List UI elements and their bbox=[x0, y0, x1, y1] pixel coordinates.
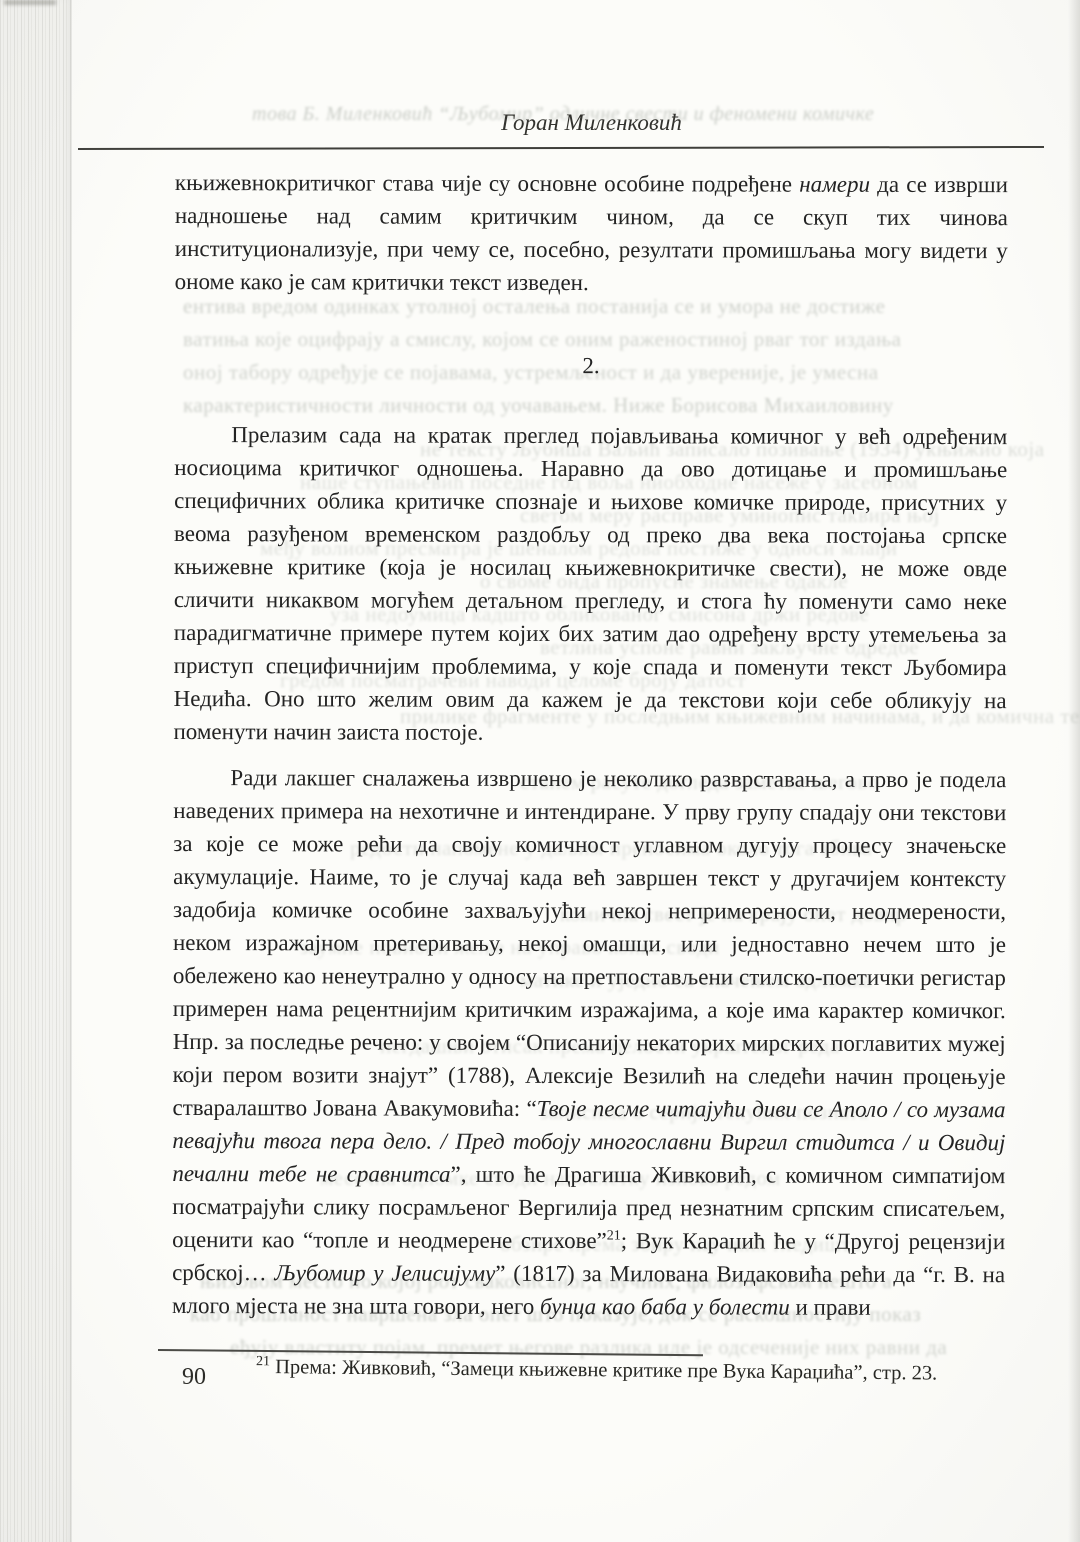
page-number: 90 bbox=[182, 1364, 206, 1391]
page-edge-shadow bbox=[1068, 0, 1080, 1542]
paragraph-1: књижевнокритичког става чије су основне … bbox=[175, 166, 1008, 300]
footnote: 21 Према: Живковић, “Замеци књижевне кри… bbox=[256, 1356, 976, 1386]
footnote-separator-rule bbox=[158, 1349, 703, 1356]
text-run: Љубомир у Јелисијуму bbox=[274, 1260, 495, 1286]
section-number: 2. bbox=[174, 348, 1007, 383]
paragraph-2: Прелазим сада на кратак преглед појављив… bbox=[173, 418, 1007, 750]
footnote-reference: 21 bbox=[607, 1228, 621, 1243]
text-run: намери bbox=[799, 172, 870, 197]
paragraph-3: Ради лакшег сналажења извршено је неколи… bbox=[172, 761, 1006, 1324]
page-body-text: књижевнокритичког става чије су основне … bbox=[172, 166, 1008, 1324]
text-run: Ради лакшег сналажења извршено је неколи… bbox=[173, 765, 1007, 1121]
text-run: и прави bbox=[790, 1295, 871, 1320]
text-run: бунца као баба у болести bbox=[540, 1294, 790, 1320]
running-header-author: Горан Миленковић bbox=[501, 110, 682, 135]
text-run: књижевнокритичког става чије су основне … bbox=[175, 170, 799, 197]
header-rule bbox=[78, 146, 1044, 150]
running-header: Горан Миленковић bbox=[175, 110, 1008, 136]
scanned-page: това Б. Миленковић “Љубомир” одличне све… bbox=[0, 0, 1080, 1542]
scan-smudge bbox=[4, 0, 56, 5]
footnote-text: Према: Живковић, “Замеци књижевне критик… bbox=[270, 1356, 937, 1384]
book-page-edge bbox=[0, 0, 72, 1542]
footnote-marker: 21 bbox=[256, 1354, 270, 1369]
